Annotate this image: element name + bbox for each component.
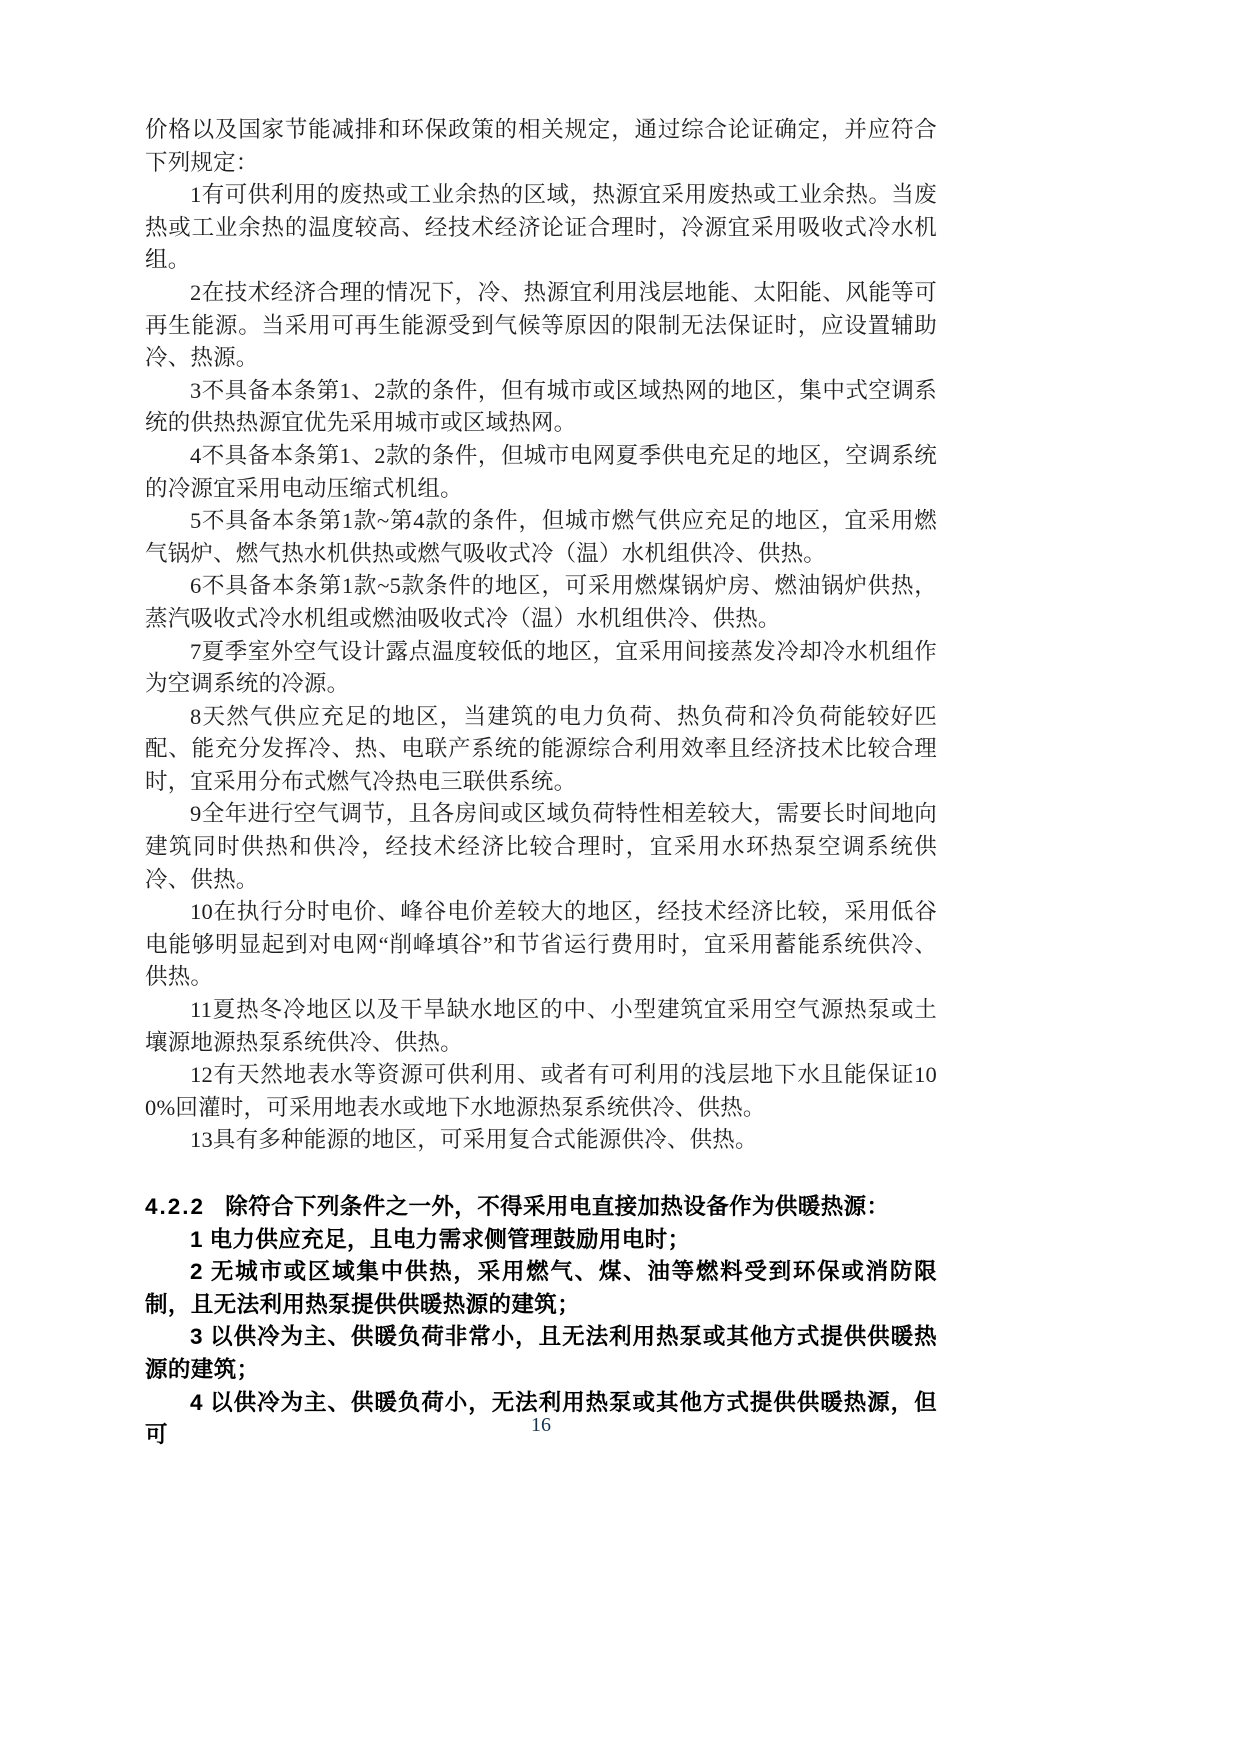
intro-continuation-paragraph: 价格以及国家节能减排和环保政策的相关规定，通过综合论证确定，并应符合下列规定： xyxy=(145,114,937,179)
section-4-2-2: 4.2.2除符合下列条件之一外，不得采用电直接加热设备作为供暖热源： 1 电力供… xyxy=(145,1191,937,1452)
text-block: 价格以及国家节能减排和环保政策的相关规定，通过综合论证确定，并应符合下列规定： … xyxy=(145,114,937,1452)
section-title: 除符合下列条件之一外，不得采用电直接加热设备作为供暖热源： xyxy=(225,1194,889,1219)
clause-7: 7夏季室外空气设计露点温度较低的地区，宜采用间接蒸发冷却冷水机组作为空调系统的冷… xyxy=(145,636,937,701)
clause-12: 12有天然地表水等资源可供利用、或者有可利用的浅层地下水且能保证100%回灌时，… xyxy=(145,1059,937,1124)
clause-10: 10在执行分时电价、峰谷电价差较大的地区，经技术经济比较，采用低谷电能够明显起到… xyxy=(145,896,937,994)
section-item-3: 3 以供冷为主、供暖负荷非常小，且无法利用热泵或其他方式提供供暖热源的建筑； xyxy=(145,1321,937,1386)
section-number: 4.2.2 xyxy=(145,1191,205,1224)
page-number: 16 xyxy=(145,1414,937,1437)
section-heading: 4.2.2除符合下列条件之一外，不得采用电直接加热设备作为供暖热源： xyxy=(145,1191,937,1224)
clause-2: 2在技术经济合理的情况下，冷、热源宜利用浅层地能、太阳能、风能等可再生能源。当采… xyxy=(145,277,937,375)
section-item-2: 2 无城市或区域集中供热，采用燃气、煤、油等燃料受到环保或消防限制，且无法利用热… xyxy=(145,1256,937,1321)
clause-8: 8天然气供应充足的地区，当建筑的电力负荷、热负荷和冷负荷能较好匹配、能充分发挥冷… xyxy=(145,701,937,799)
clause-13: 13具有多种能源的地区，可采用复合式能源供冷、供热。 xyxy=(145,1124,937,1157)
section-item-1: 1 电力供应充足，且电力需求侧管理鼓励用电时； xyxy=(145,1224,937,1257)
clause-1: 1有可供利用的废热或工业余热的区域，热源宜采用废热或工业余热。当废热或工业余热的… xyxy=(145,179,937,277)
clause-9: 9全年进行空气调节，且各房间或区域负荷特性相差较大，需要长时间地向建筑同时供热和… xyxy=(145,798,937,896)
clause-3: 3不具备本条第1、2款的条件，但有城市或区域热网的地区，集中式空调系统的供热热源… xyxy=(145,375,937,440)
clause-6: 6不具备本条第1款~5款条件的地区，可采用燃煤锅炉房、燃油锅炉供热，蒸汽吸收式冷… xyxy=(145,570,937,635)
document-page: 价格以及国家节能减排和环保政策的相关规定，通过综合论证确定，并应符合下列规定： … xyxy=(0,0,1240,1754)
clause-4: 4不具备本条第1、2款的条件，但城市电网夏季供电充足的地区，空调系统的冷源宜采用… xyxy=(145,440,937,505)
clause-5: 5不具备本条第1款~第4款的条件，但城市燃气供应充足的地区，宜采用燃气锅炉、燃气… xyxy=(145,505,937,570)
clause-11: 11夏热冬冷地区以及干旱缺水地区的中、小型建筑宜采用空气源热泵或土壤源地源热泵系… xyxy=(145,994,937,1059)
